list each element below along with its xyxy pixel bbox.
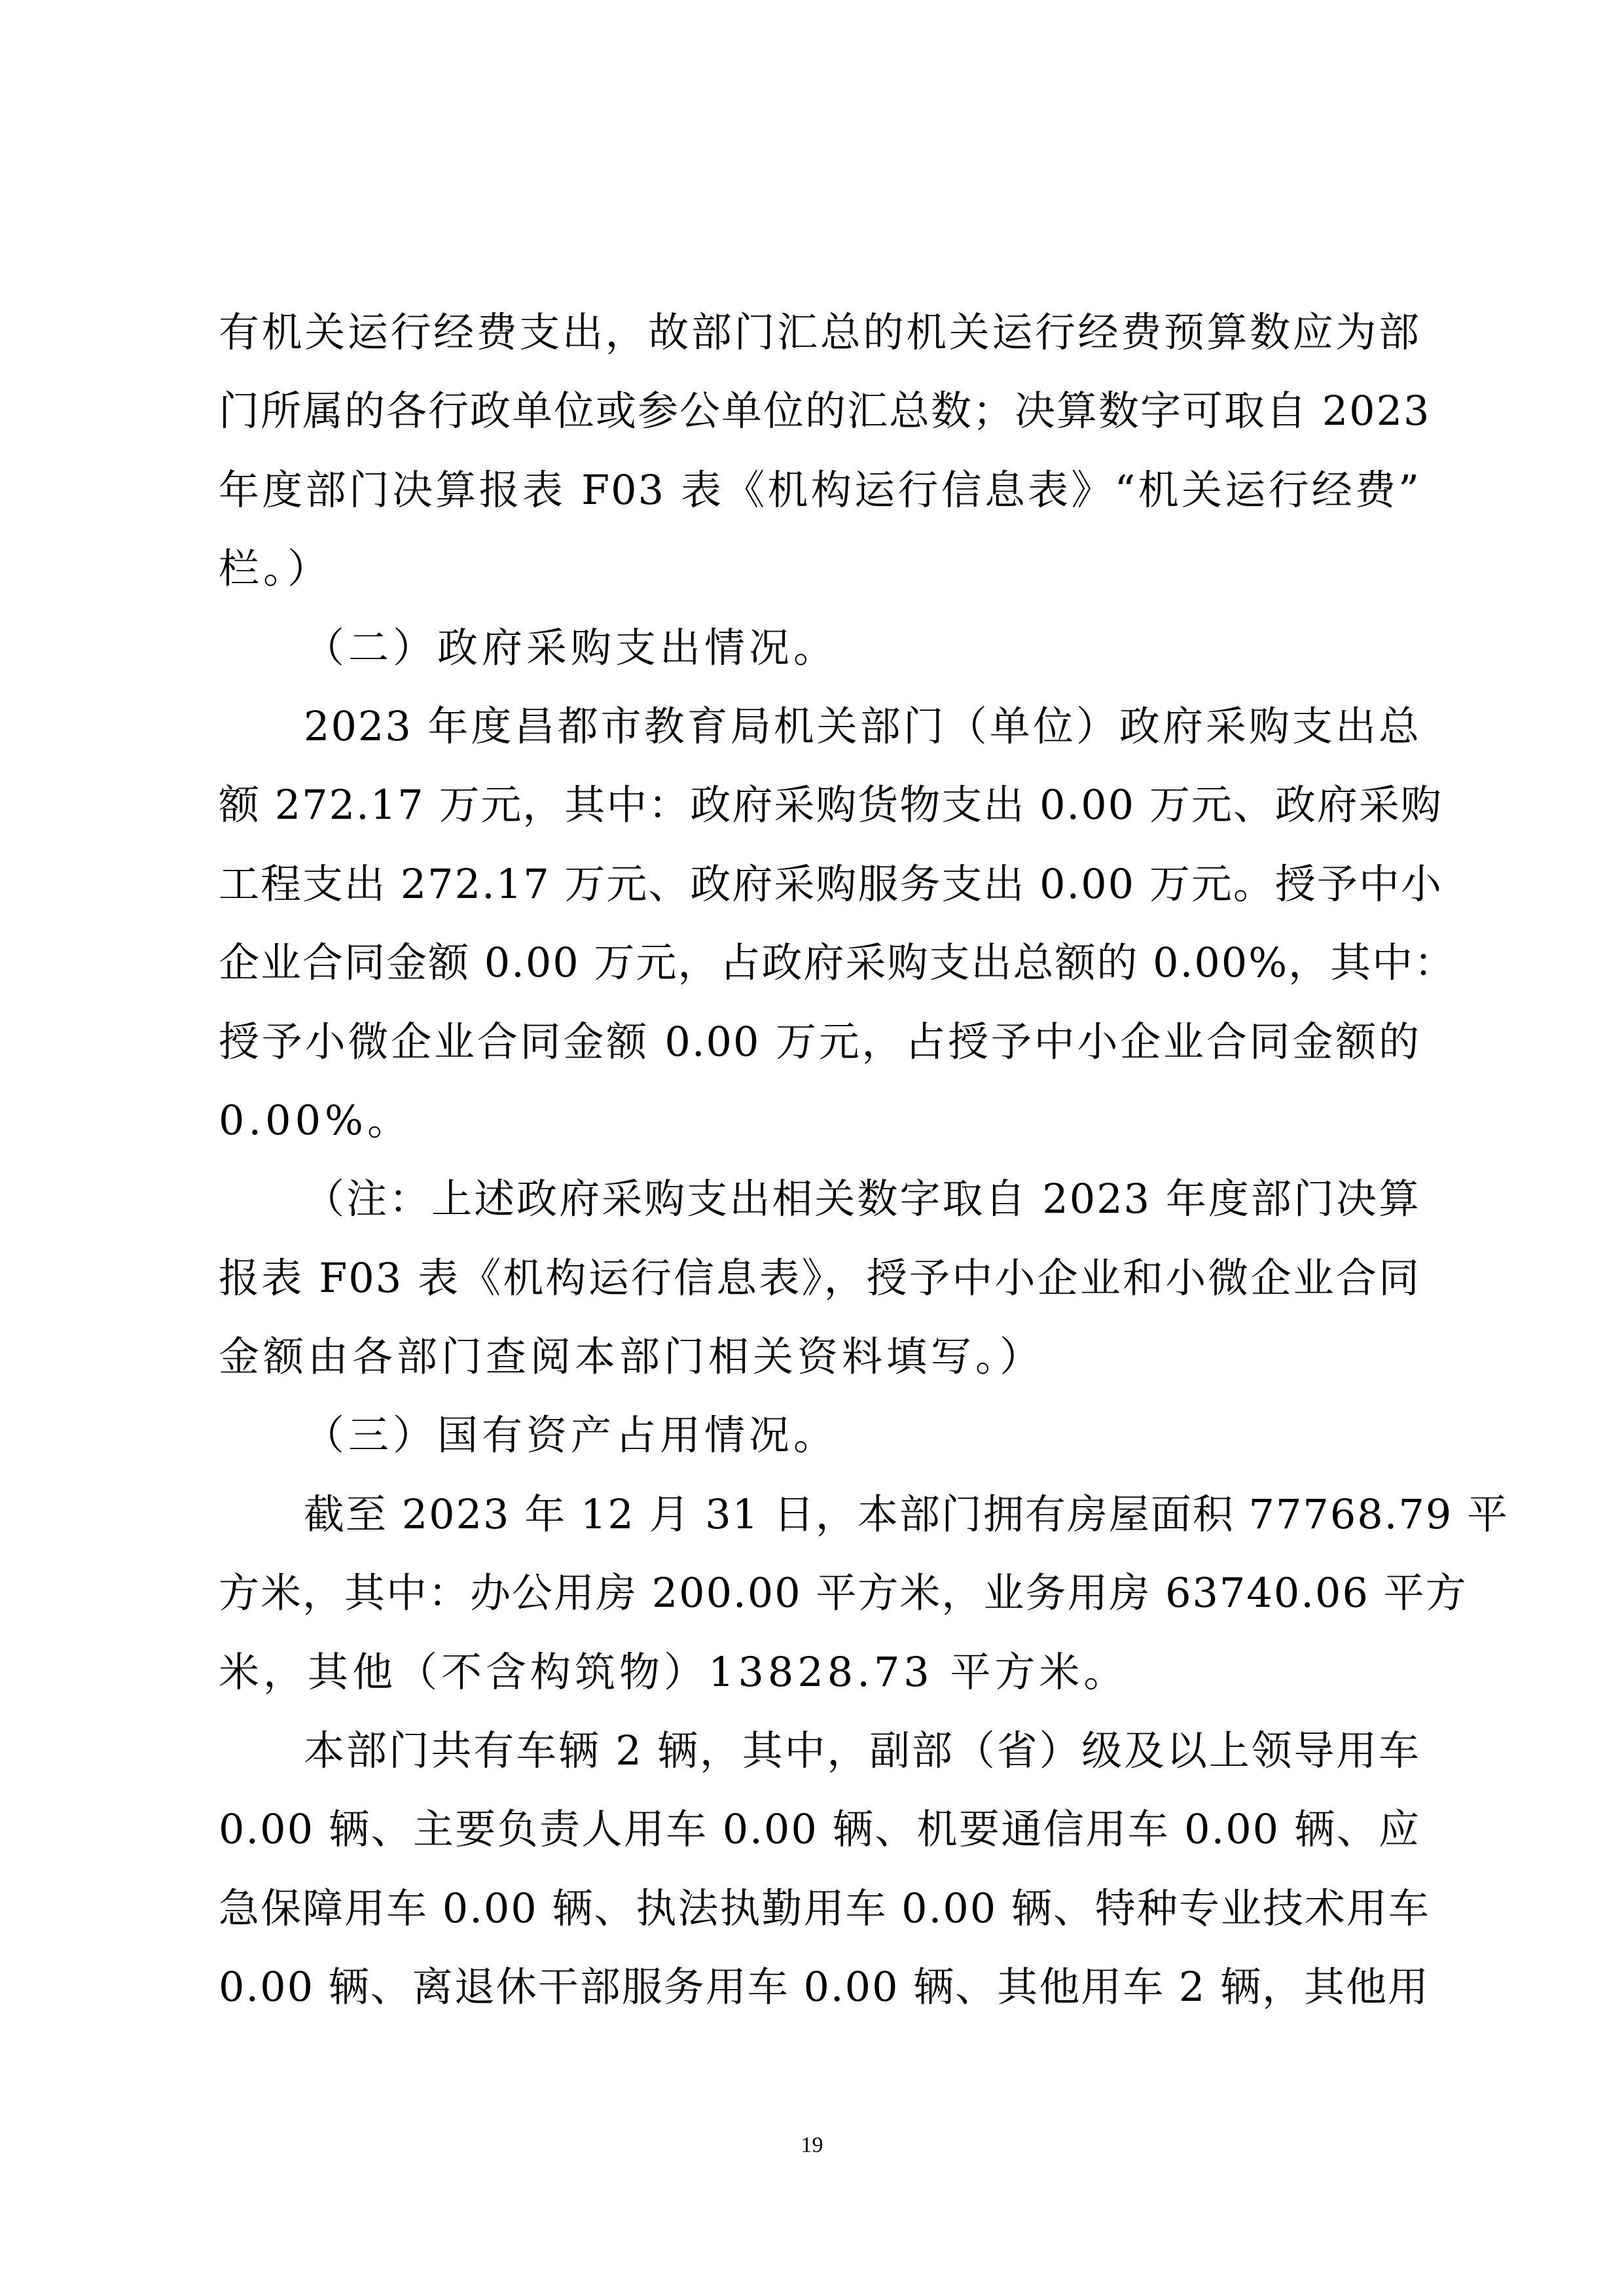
text-line: 门所属的各行政单位或参公单位的汇总数；决算数字可取自 2023 bbox=[219, 372, 1420, 450]
text-line: 工程支出 272.17 万元、政府采购服务支出 0.00 万元。授予中小 bbox=[219, 845, 1420, 924]
text-line: （注：上述政府采购支出相关数字取自 2023 年度部门决算 bbox=[219, 1160, 1420, 1238]
text-line: 0.00 辆、主要负责人用车 0.00 辆、机要通信用车 0.00 辆、应 bbox=[219, 1790, 1420, 1869]
section-heading-state-assets: （三）国有资产占用情况。 bbox=[219, 1396, 1420, 1475]
text-line: 栏。） bbox=[219, 529, 1420, 608]
text-line: 企业合同金额 0.00 万元，占政府采购支出总额的 0.00%，其中： bbox=[219, 924, 1420, 1002]
text-line: 年度部门决算报表 F03 表《机构运行信息表》“机关运行经费” bbox=[219, 451, 1420, 529]
paragraph-operating-expenses-note: 有机关运行经费支出，故部门汇总的机关运行经费预算数应为部 门所属的各行政单位或参… bbox=[219, 293, 1420, 609]
text-line: 有机关运行经费支出，故部门汇总的机关运行经费预算数应为部 bbox=[219, 293, 1420, 372]
text-line: 金额由各部门查阅本部门相关资料填写。） bbox=[219, 1318, 1420, 1396]
paragraph-procurement-note: （注：上述政府采购支出相关数字取自 2023 年度部门决算 报表 F03 表《机… bbox=[219, 1160, 1420, 1396]
paragraph-procurement: 2023 年度昌都市教育局机关部门（单位）政府采购支出总 额 272.17 万元… bbox=[219, 687, 1420, 1160]
text-line: 授予小微企业合同金额 0.00 万元，占授予中小企业合同金额的 bbox=[219, 1003, 1420, 1081]
text-line: 0.00%。 bbox=[219, 1081, 1420, 1160]
text-line: 急保障用车 0.00 辆、执法执勤用车 0.00 辆、特种专业技术用车 bbox=[219, 1869, 1420, 1948]
paragraph-housing-area: 截至 2023 年 12 月 31 日，本部门拥有房屋面积 77768.79 平… bbox=[219, 1475, 1420, 1712]
section-heading-government-procurement: （二）政府采购支出情况。 bbox=[219, 609, 1420, 687]
text-line: 米，其他（不含构筑物）13828.73 平方米。 bbox=[219, 1633, 1420, 1712]
page-number: 19 bbox=[0, 2126, 1624, 2165]
text-line: 0.00 辆、离退休干部服务用车 0.00 辆、其他用车 2 辆，其他用 bbox=[219, 1948, 1420, 2026]
paragraph-vehicles: 本部门共有车辆 2 辆，其中，副部（省）级及以上领导用车 0.00 辆、主要负责… bbox=[219, 1712, 1420, 2027]
text-line: 本部门共有车辆 2 辆，其中，副部（省）级及以上领导用车 bbox=[219, 1712, 1420, 1790]
text-line: 2023 年度昌都市教育局机关部门（单位）政府采购支出总 bbox=[219, 687, 1420, 766]
text-line: 方米，其中：办公用房 200.00 平方米，业务用房 63740.06 平方 bbox=[219, 1554, 1420, 1632]
document-page: 有机关运行经费支出，故部门汇总的机关运行经费预算数应为部 门所属的各行政单位或参… bbox=[0, 0, 1624, 2296]
text-line: 额 272.17 万元，其中：政府采购货物支出 0.00 万元、政府采购 bbox=[219, 766, 1420, 844]
page-body: 有机关运行经费支出，故部门汇总的机关运行经费预算数应为部 门所属的各行政单位或参… bbox=[219, 293, 1420, 2027]
text-line: 截至 2023 年 12 月 31 日，本部门拥有房屋面积 77768.79 平 bbox=[219, 1475, 1420, 1554]
text-line: 报表 F03 表《机构运行信息表》，授予中小企业和小微企业合同 bbox=[219, 1239, 1420, 1318]
